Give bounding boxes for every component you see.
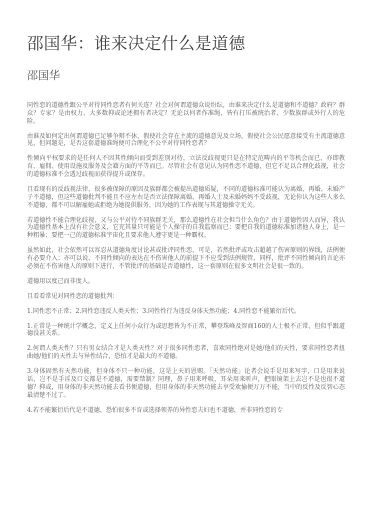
paragraph: 道德用以度己而非度人。 xyxy=(27,278,345,286)
paragraph: 且看现有的反歧视法律，很多被保障的原因及族群都会被提出道德质疑，不同的道德标准可… xyxy=(27,186,345,209)
paragraph: 虽然如此，社会依然可以容忍从道德角度讨论甚或批评同性恋，可是，若然批评或攻击超越… xyxy=(27,247,345,270)
paragraph: 且看看常见对同性恋的道德批判： xyxy=(27,293,345,301)
paragraph: 1.同性恋不正常；2.同性恋违反人类天性；3.同性性行为违反身体天然功能；4.同… xyxy=(27,308,345,316)
paragraph: 4.若不能繁衍后代是不道德，恐怕很多不育或选择领养的异性恋夫妇也不道德，并非同性… xyxy=(27,407,345,415)
paragraph: 性倾向平权要求的是任何人不因其性倾向而受到差别对待，立法反歧视更只是在特定范畴内… xyxy=(27,155,345,178)
paragraph: 若道德性不能合理化歧视，又与公平对待不同族群无关，那么道德性在社会担当什么角色？… xyxy=(27,217,345,240)
article-body: 同性恋的道德性跟公平对待同性恋者有何关连？社会对何谓道德众说纷纭，由谁来决定什么… xyxy=(27,102,345,422)
article-author: 邵国华 xyxy=(27,69,60,83)
paragraph: 2.何谓人类天性？只有男女结合才是人类天性？对于很多同性恋者，喜欢同性绝对是她/… xyxy=(27,345,345,361)
paragraph: 同性恋的道德性跟公平对待同性恋者有何关连？社会对何谓道德众说纷纭，由谁来决定什么… xyxy=(27,102,345,125)
paragraph: 3.身体固然有天然功能，但身体不只一种功能，这是上天的恩赐。「天然功能」论者会说… xyxy=(27,368,345,399)
article-title: 邵国华：谁来决定什么是道德 xyxy=(27,34,245,54)
paragraph: 由谁及如何定出何谓道德已足够争辩不休，假使社会存在主流的道德意见及立场，假使社会… xyxy=(27,133,345,149)
paragraph: 1.正常是一种统计学概念，定义上任何小众行为或思想皆为不正常，攀登珠峰及智商16… xyxy=(27,323,345,339)
